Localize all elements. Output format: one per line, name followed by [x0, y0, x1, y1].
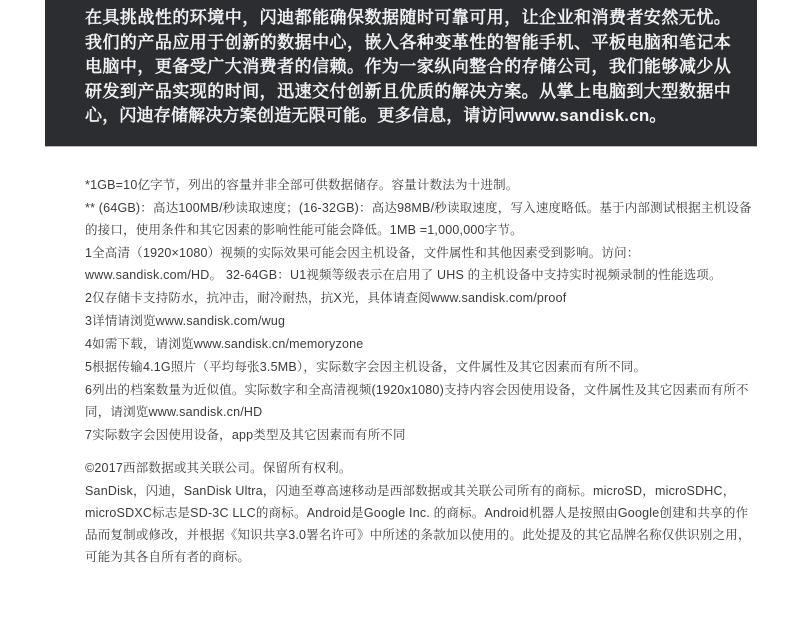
trademark-paragraph: SanDisk，闪迪，SanDisk Ultra，闪迪至尊高速移动是西部数据或其… — [85, 480, 757, 568]
copyright-line: ©2017西部数据或其关联公司。保留所有权利。 — [85, 457, 757, 479]
hero-banner: 在具挑战性的环境中，闪迪都能确保数据随时可靠可用，让企业和消费者安然无忧。我们的… — [45, 0, 757, 147]
footnote-read-speed: ** (64GB)：高达100MB/秒读取速度；(16-32GB)：高达98MB… — [85, 197, 757, 241]
footnote-file-count: 6列出的档案数量为近似值。实际数字和全高清视频(1920x1080)支持内容会因… — [85, 379, 757, 423]
hero-marketing-text: 在具挑战性的环境中，闪迪都能确保数据随时可靠可用，让企业和消费者安然无忧。我们的… — [85, 6, 731, 129]
footnote-photo-transfer: 5根据传输4.1G照片（平均每张3.5MB），实际数字会因主机设备，文件属性及其… — [85, 356, 757, 378]
footnote-durability-proof: 2仅存储卡支持防水，抗冲击，耐冷耐热，抗X光，具体请查阅www.sandisk.… — [85, 287, 757, 309]
legal-disclaimer-section: *1GB=10亿字节，列出的容量并非全部可供数据储存。容量计数法为十进制。 **… — [85, 174, 757, 569]
footnote-app-type: 7实际数字会因使用设备，app类型及其它因素而有所不同 — [85, 424, 757, 446]
footnote-capacity: *1GB=10亿字节，列出的容量并非全部可供数据储存。容量计数法为十进制。 — [85, 174, 757, 196]
footnote-wug-link: 3详情请浏览www.sandisk.com/wug — [85, 310, 757, 332]
footnote-memoryzone-download: 4如需下载，请浏览www.sandisk.cn/memoryzone — [85, 333, 757, 355]
footnote-full-hd-video: 1全高清（1920×1080）视频的实际效果可能会因主机设备，文件属性和其他因素… — [85, 242, 757, 286]
